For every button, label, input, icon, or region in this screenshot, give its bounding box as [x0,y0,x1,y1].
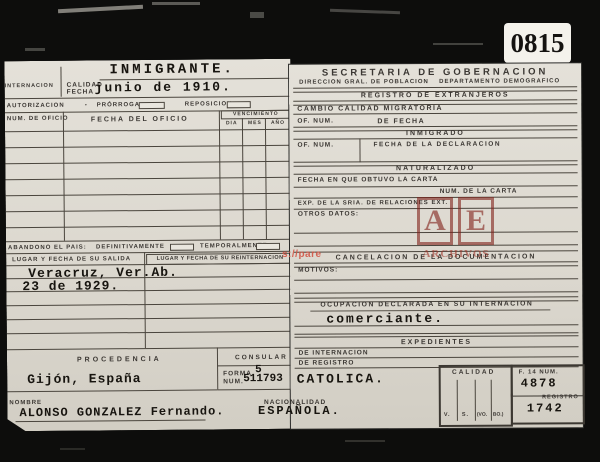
table-row-rule [6,239,292,242]
of-num-label: OF. NUM. [297,119,334,126]
dash-mark: - [85,103,88,110]
religion-value: CATOLICA. [297,372,385,385]
de-internacion-label: DE INTERNACION [299,350,369,357]
calidad-box-col1: V. [444,413,451,419]
scan-artifact [433,43,483,45]
rule [5,96,291,99]
rule [7,389,217,392]
reposicion-label: REPOSICION [185,101,233,107]
de-registro-label: DE REGISTRO [299,360,355,367]
scanned-document: 0815 INTERNACION CALIDAD INMIGRANTE. FEC… [0,0,600,462]
definitivamente-checkbox [170,244,194,251]
calidad-box-col3: (VO. [477,413,487,418]
rule [294,332,578,334]
rule [7,331,293,334]
scan-artifact [345,440,385,442]
table-row-rule [5,145,291,148]
rule [293,137,577,139]
ocupacion-value: comerciante. [326,312,444,326]
rule [294,196,578,198]
f14-label: F. 14 NUM. [519,369,559,375]
f14-value: 4878 [521,377,558,389]
autorizacion-label: AUTORIZACION [7,103,65,110]
rule [295,356,579,358]
rule [295,346,579,348]
num-value: 511793 [243,374,283,385]
calidad-box-col4: BO.) [493,413,504,418]
fecha-value: junio de 1910. [95,80,232,94]
reposicion-checkbox [227,101,251,108]
table-row-rule [6,193,292,196]
prorroga-checkbox [139,102,165,109]
procedencia-header: PROCEDENCIA [77,356,162,364]
scan-artifact [330,9,400,14]
rule [294,291,578,293]
rule [294,207,578,209]
table-row-rule [5,177,291,180]
rule [294,244,578,246]
registro-value: 1742 [527,402,564,414]
table-column-rule [265,118,267,239]
table-row-rule [5,161,291,164]
rule [7,317,293,320]
scan-artifact [250,12,264,18]
exp-sria-label: EXP. DE LA SRIA. DE RELACIONES EXT. [298,200,448,207]
table-row-rule [6,209,292,212]
rule [217,347,218,389]
registro-box: REGISTRO 1742 [511,393,585,424]
folio-number-badge: 0815 [504,23,571,63]
otros-datos-label: OTROS DATOS: [298,211,359,218]
prorroga-label: PRÓRROGA [97,102,140,108]
abandono-label: ABANDONO EL PAIS: [8,245,87,252]
calidad-box-title: CALIDAD [441,370,507,377]
immigration-card-right: SECRETARIA DE GOBERNACION DIRECCION GRAL… [289,63,583,429]
rule [457,380,458,421]
calidad-box: CALIDAD V. S. (VO. BO.) [439,365,513,427]
registro-label: REGISTRO [542,395,579,401]
f14-box: F. 14 NUM. 4878 [511,364,585,396]
rule [294,172,578,174]
vencimiento-header: VENCIMIENTO [221,110,291,120]
rule [359,138,360,162]
rule [294,185,578,187]
ano-header: AÑO [271,121,285,126]
internacion-label: INTERNACION [5,84,54,90]
fecha-oficio-header: FECHA DEL OFICIO [91,116,189,124]
rule [294,335,578,337]
nombre-value: ALONSO GONZALEZ Fernando. [19,405,224,419]
rule [294,231,578,233]
rule [217,389,293,391]
consular-header: CONSULAR [235,355,288,362]
rule [60,67,61,97]
scan-artifact [152,2,200,5]
departamento-label: DEPARTAMENTO DEMOGRAFICO [439,78,560,85]
scan-artifact [25,48,45,51]
ocupacion-title: OCUPACION DECLARADA EN SU INTERNACION [320,301,533,309]
table-row-rule [5,129,291,132]
cambio-calidad-label: CAMBIO CALIDAD MIGRATORIA [297,105,443,113]
num-label: NUM. [223,379,244,386]
rule [7,303,293,306]
num-carta-label: NUM. DE LA CARTA [440,189,518,196]
watermark-url-fragment: s://pare [282,249,322,260]
table-row-rule [6,225,292,228]
definitivamente-label: DEFINITIVAMENTE [96,244,165,251]
num-oficio-header: NUM. DE OFICIO [7,116,69,123]
rule [294,278,578,280]
rule [475,380,476,421]
rule [294,250,578,252]
table-column-rule [242,118,244,239]
immigration-card-left: INTERNACION CALIDAD INMIGRANTE. FECHA ju… [4,59,293,431]
salida-header: LUGAR Y FECHA DE SU SALIDA [12,256,131,263]
fecha-label: FECHA [67,89,94,96]
mes-header: MES [248,121,262,126]
secretaria-title: SECRETARIA DE GOBERNACION [289,67,581,78]
rule [294,324,578,326]
procedencia-value: Gijón, España [27,372,142,386]
calidad-value: INMIGRANTE. [109,62,235,77]
scan-artifact [60,448,85,450]
rule [7,347,293,350]
nacionalidad-value: ESPAÑOLA. [258,405,341,417]
dia-header: DIA [226,121,238,126]
temporalmente-checkbox [256,243,280,250]
motivos-label: MOTIVOS: [298,268,338,275]
rule [491,380,492,421]
fecha-declaracion-label: FECHA DE LA DECLARACION [373,142,501,149]
fecha-carta-label: FECHA EN QUE OBTUVO LA CARTA [298,177,439,184]
direccion-label: DIRECCION GRAL. DE POBLACION [299,79,429,86]
calidad-box-col2: S. [462,413,469,419]
rule [293,112,577,114]
scan-artifact [58,5,143,13]
de-fecha-label: DE FECHA [377,118,425,125]
of-num-2-label: OF. NUM. [297,143,334,150]
